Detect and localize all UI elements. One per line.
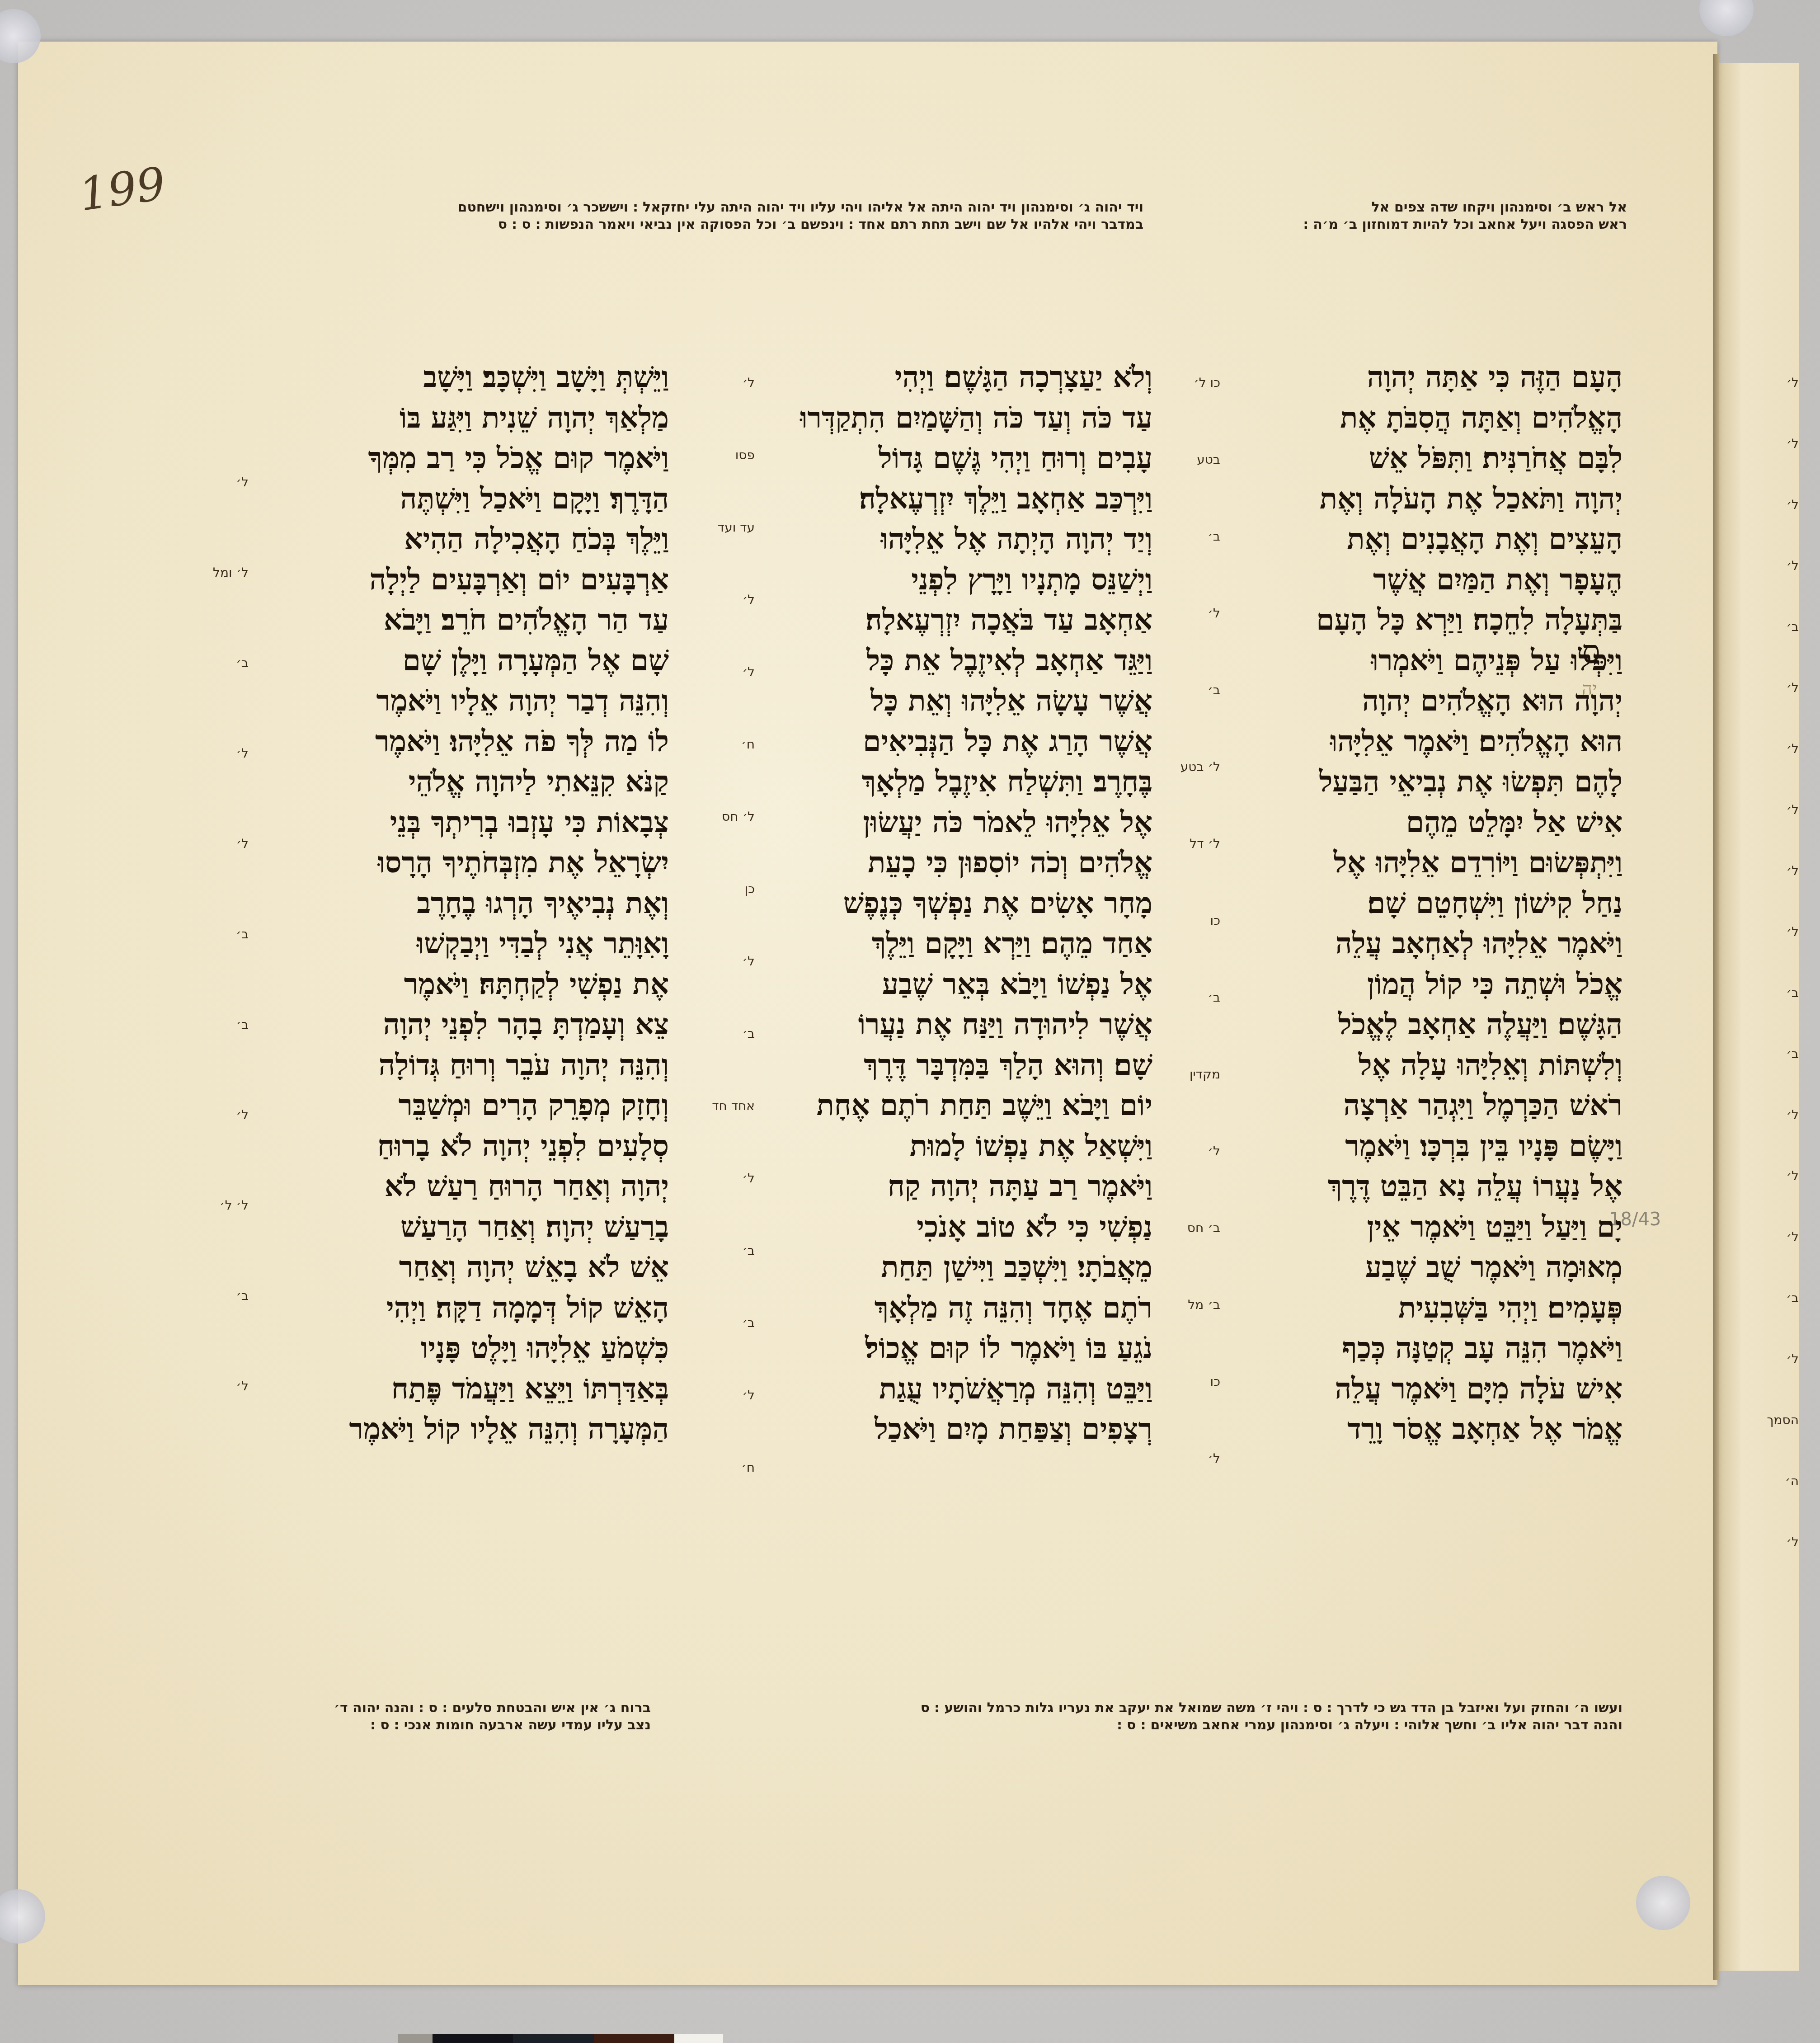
masorah-parva-note: ה׳ bbox=[1785, 1473, 1799, 1488]
gutter-fold bbox=[1713, 54, 1719, 1980]
masorah-parva-note: ל׳ bbox=[742, 1171, 755, 1186]
masorah-parva-note: ל׳ bbox=[1786, 924, 1799, 939]
masorah-parva-note: ל׳ bbox=[742, 592, 755, 607]
text-line: מַלְאַךְ יְהוָה שֵׁנִית וַיִּגַּע בּוֹ bbox=[289, 398, 669, 438]
masorah-parva-note: ל׳ bbox=[1786, 1229, 1799, 1244]
masorah-parva-note: ל׳ bbox=[1786, 802, 1799, 817]
masorah-line: ברוח ג׳ אין איש והבטחת סלעים ׃ ס ׃ והנה … bbox=[307, 1699, 651, 1717]
text-line: וַיַּגֵּד אַחְאָב לְאִיזֶבֶל אֵת כָּל bbox=[773, 640, 1152, 681]
text-line: יְהוָה הוּא הָאֱלֹהִים יְהוָה bbox=[1247, 681, 1622, 721]
masorah-parva-note: ב׳ bbox=[236, 1288, 249, 1303]
color-calibration-bar bbox=[398, 2034, 723, 2043]
masorah-parva-note: ל׳ bbox=[1786, 680, 1799, 695]
masorah-parva-note: ל׳ bbox=[1786, 497, 1799, 512]
text-line: עַד כֹּה וְעַד כֹּה וְהַשָּׁמַיִם הִתְקַ… bbox=[773, 398, 1152, 438]
masorah-parva-note: הסמך bbox=[1767, 1412, 1799, 1427]
masorah-parva-note: ל׳ bbox=[1786, 863, 1799, 878]
text-line: נַחַל קִישׁוֹן וַיִּשְׁחָטֵם שָׁם׃ bbox=[1247, 883, 1622, 924]
text-line: כִּשְׁמֹעַ אֵלִיָּהוּ וַיָּלֶט פָּנָיו bbox=[289, 1328, 669, 1369]
text-line: אַחַד מֵהֶם׃ וַיַּרְא וַיָּקָם וַיֵּלֶךְ bbox=[773, 923, 1152, 964]
text-line: וַיַּבֵּט וְהִנֵּה מְרַאֲשֹׁתָיו עֻגַת bbox=[773, 1369, 1152, 1409]
text-line: הָאֱלֹהִים וְאַתָּה הֲסִבֹּתָ אֶת bbox=[1247, 398, 1622, 438]
masorah-parva-note: כו bbox=[1210, 1374, 1220, 1389]
masorah-parva-note: ב׳ bbox=[236, 655, 249, 670]
masorah-parva-note: ל׳ bbox=[1786, 1168, 1799, 1183]
text-line: יְהוָה וְאַחַר הָרוּחַ רַעַשׁ לֹא bbox=[289, 1166, 669, 1207]
mount-clip-bottom-right bbox=[1636, 1876, 1690, 1930]
masorah-parva-note: ב׳ מל bbox=[1188, 1297, 1220, 1312]
masorah-parva-note: ל׳ bbox=[742, 1388, 755, 1403]
text-line: בָרַעַשׁ יְהוָה׃ וְאַחַר הָרַעַשׁ bbox=[289, 1207, 669, 1247]
text-line: נַפְשִׁי כִּי לֹא טוֹב אָנֹכִי bbox=[773, 1207, 1152, 1247]
masorah-parva-note: ל׳ bbox=[1786, 558, 1799, 573]
text-line: סְלָעִים לִפְנֵי יְהוָה לֹא בָרוּחַ bbox=[289, 1126, 669, 1167]
masorah-line: אל ראש ב׳ וסימנהון ויקחו שדה צפים אל bbox=[1247, 199, 1627, 216]
masorah-top-left: ויד יהוה ג׳ וסימנהון ויד יהוה היתה אל אל… bbox=[307, 199, 1143, 233]
text-line: אֶת נַפְשִׁי לְקַחְתָּהּ׃ וַיֹּאמֶר bbox=[289, 964, 669, 1005]
text-line: וְחָזָק מְפָרֵק הָרִים וּמְשַׁבֵּר bbox=[289, 1085, 669, 1126]
masorah-parva-note: ח׳ bbox=[741, 737, 755, 752]
text-line: הַגָּשֶׁם׃ וַיַּעֲלֶה אַחְאָב לֶאֱכֹל bbox=[1247, 1004, 1622, 1045]
color-swatch bbox=[433, 2034, 513, 2043]
masorah-parva-note: ל׳ bbox=[1786, 1535, 1799, 1549]
text-line: רְצָפִים וְצַפַּחַת מָיִם וַיֹּאכַל bbox=[773, 1409, 1152, 1450]
text-line: הֶעָפָר וְאֶת הַמַּיִם אֲשֶׁר bbox=[1247, 560, 1622, 600]
text-line: אֱכֹל וּשְׁתֵה כִּי קוֹל הֲמוֹן bbox=[1247, 964, 1622, 1005]
masorah-parva-note: ב׳ חס bbox=[1187, 1220, 1220, 1235]
masorah-parva-note: ל׳ bbox=[1786, 1351, 1799, 1366]
seder-marker-sub: יה bbox=[1582, 678, 1597, 699]
masorah-line: ויד יהוה ג׳ וסימנהון ויד יהוה היתה אל אל… bbox=[307, 199, 1143, 216]
masorah-parva-note: ל׳ bbox=[236, 475, 249, 490]
masorah-parva-note: עד ועד bbox=[718, 520, 755, 535]
masorah-parva-note: ל׳ ומל bbox=[213, 565, 249, 580]
masorah-parva-note: ב׳ bbox=[742, 1243, 755, 1258]
text-line: אֲשֶׁר עָשָׂה אֵלִיָּהוּ וְאֵת כָּל bbox=[773, 681, 1152, 721]
text-line: אֶל נַעֲרוֹ עֲלֵה נָא הַבֵּט דֶּרֶךְ bbox=[1247, 1166, 1622, 1207]
text-line: וַיָּשֶׂם פָּנָיו בֵּין בִּרְכָּו׃ וַיֹּ… bbox=[1247, 1126, 1622, 1167]
text-line: הַמְּעָרָה וְהִנֵּה אֵלָיו קוֹל וַיֹּאמֶ… bbox=[289, 1409, 669, 1450]
text-line: הָאֵשׁ קוֹל דְּמָמָה דַקָּה׃ וַיְהִי bbox=[289, 1288, 669, 1328]
masorah-parva-note: ל׳ bbox=[1786, 741, 1799, 756]
text-line: שָׁם׃ וְהוּא הָלַךְ בַּמִּדְבָּר דֶּרֶךְ bbox=[773, 1045, 1152, 1086]
text-line: וַיֵּלֶךְ בְּכֹחַ הָאֲכִילָה הַהִיא bbox=[289, 519, 669, 560]
masorah-parva-note: ב׳ bbox=[1208, 529, 1220, 544]
text-line: אֵשׁ לֹא בָאֵשׁ יְהוָה וְאַחַר bbox=[289, 1247, 669, 1288]
text-line: אִישׁ עֹלָה מִיָּם וַיֹּאמֶר עֲלֵה bbox=[1247, 1369, 1622, 1409]
text-line: קַנֹּא קִנֵּאתִי לַיהוָה אֱלֹהֵי bbox=[289, 762, 669, 802]
masorah-line: ועשו ה׳ והחזק ועל ואיזבל בן הדד גש כי לד… bbox=[795, 1699, 1622, 1717]
masorah-parva-note: ב׳ bbox=[236, 1017, 249, 1032]
text-line: לָהֶם תִּפְשׂוּ אֶת נְבִיאֵי הַבַּעַל bbox=[1247, 762, 1622, 802]
masorah-parva-note: ב׳ bbox=[1208, 990, 1220, 1005]
masorah-parva-right-middle: כו ל׳בטעב׳ל׳ב׳ל׳ בטעל׳ דלכוב׳מקדיןל׳ב׳ ח… bbox=[1157, 375, 1220, 1550]
text-line: וְהִנֵּה דְבַר יְהוָה אֵלָיו וַיֹּאמֶר bbox=[289, 681, 669, 721]
text-column-right: הָעָם הַזֶּה כִּי אַתָּה יְהוָההָאֱלֹהִי… bbox=[1247, 357, 1622, 1450]
text-line: וַיִּפְּלוּ עַל פְּנֵיהֶם וַיֹּאמְרוּ bbox=[1247, 640, 1622, 681]
text-line: עָבִים וְרוּחַ וַיְהִי גֶּשֶׁם גָּדוֹל bbox=[773, 438, 1152, 479]
text-line: לִבָּם אֲחֹרַנִּית׃ וַתִּפֹּל אֵשׁ bbox=[1247, 438, 1622, 479]
text-line: וַיִּתְפְּשׂוּם וַיּוֹרִדֵם אֵלִיָּהוּ א… bbox=[1247, 843, 1622, 883]
masorah-parva-note: ל׳ בטע bbox=[1180, 759, 1220, 774]
text-line: אַחְאָב עַד בֹּאֲכָה יִזְרְעֶאלָה׃ bbox=[773, 600, 1152, 640]
masorah-parva-note: ב׳ bbox=[1786, 619, 1799, 634]
text-line: יָם וַיַּעַל וַיַּבֵּט וַיֹּאמֶר אֵין bbox=[1247, 1207, 1622, 1247]
masorah-parva-note: ל׳ bbox=[1208, 606, 1220, 621]
text-line: וְיַד יְהוָה הָיְתָה אֶל אֵלִיָּהוּ bbox=[773, 519, 1152, 560]
text-line: יוֹם וַיָּבֹא וַיֵּשֶׁב תַּחַת רֹתֶם אֶח… bbox=[773, 1085, 1152, 1126]
color-swatch bbox=[674, 2034, 723, 2043]
text-line: אֲשֶׁר לִיהוּדָה וַיַּנַּח אֶת נַעֲרוֹ bbox=[773, 1004, 1152, 1045]
text-line: בַּתְּעָלָה לִחֵכָה׃ וַיַּרְא כָּל הָעָם bbox=[1247, 600, 1622, 640]
text-line: וַיִּשְׁאַל אֶת נַפְשׁוֹ לָמוּת bbox=[773, 1126, 1152, 1167]
masorah-parva-note: ל׳ bbox=[236, 836, 249, 851]
masorah-parva-note: ב׳ bbox=[1786, 985, 1799, 1000]
text-line: בֶּחָרֶב׃ וַתִּשְׁלַח אִיזֶבֶל מַלְאָךְ bbox=[773, 762, 1152, 802]
masorah-parva-note: ל׳ bbox=[1786, 375, 1799, 390]
masorah-parva-note: ל׳ דל bbox=[1190, 836, 1220, 851]
text-column-middle: וְלֹא יַעַצָרְכָה הַגָּשֶׁם׃ וַיְהִיעַד … bbox=[773, 357, 1152, 1450]
masorah-parva-note: ב׳ bbox=[742, 1315, 755, 1330]
masorah-parva-note: ל׳ bbox=[742, 954, 755, 969]
masorah-parva-note: ל׳ חס bbox=[722, 809, 755, 824]
masorah-parva-note: ל׳ bbox=[236, 1107, 249, 1122]
text-line: צְבָאוֹת כִּי עָזְבוּ בְרִיתְךָ בְּנֵי bbox=[289, 802, 669, 843]
text-line: וְלִשְׁתּוֹת וְאֵלִיָּהוּ עָלָה אֶל bbox=[1247, 1045, 1622, 1086]
masorah-parva-note: מקדין bbox=[1190, 1067, 1220, 1082]
masorah-bottom-right: ועשו ה׳ והחזק ועל ואיזבל בן הדד גש כי לד… bbox=[795, 1699, 1622, 1734]
masorah-parva-note: ל׳ ל׳ bbox=[220, 1198, 249, 1213]
text-line: הַדָּרֶךְ׃ וַיָּקָם וַיֹּאכַל וַיִּשְׁתֶ… bbox=[289, 479, 669, 519]
masorah-parva-left-outer: ל׳ל׳ ומלב׳ל׳ל׳ב׳ב׳ל׳ל׳ ל׳ב׳ל׳ bbox=[194, 475, 249, 1469]
masorah-parva-note: בטע bbox=[1197, 452, 1220, 467]
masorah-line: והנה דבר יהוה אליו ב׳ וחשך אלוהי ׃ ויעלה… bbox=[795, 1717, 1622, 1734]
masorah-line: נצב עליו עמדי עשה ארבעה חומות אנכי ׃ ס ׃ bbox=[307, 1717, 651, 1734]
text-line: בְּאַדַּרְתּוֹ וַיֵּצֵא וַיַּעֲמֹד פֶּתַ… bbox=[289, 1369, 669, 1409]
text-line: אֶל נַפְשׁוֹ וַיָּבֹא בְּאֵר שֶׁבַע bbox=[773, 964, 1152, 1005]
text-line: שָׁם אֶל הַמְּעָרָה וַיָּלֶן שָׁם bbox=[289, 640, 669, 681]
masorah-parva-note: אחד חד bbox=[712, 1098, 755, 1113]
text-line: וְאֶת נְבִיאֶיךָ הָרְגוּ בֶחָרֶב bbox=[289, 883, 669, 924]
text-line: וַיֹּאמֶר רַב עַתָּה יְהוָה קַח bbox=[773, 1166, 1152, 1207]
text-line: וָאִוָּתֵר אֲנִי לְבַדִּי וַיְבַקְשׁוּ bbox=[289, 923, 669, 964]
masorah-parva-note: ב׳ bbox=[236, 927, 249, 941]
masorah-parva-note: ל׳ bbox=[742, 375, 755, 390]
masorah-parva-note: ב׳ bbox=[1786, 1290, 1799, 1305]
text-line: וַיֵּשְׁתְּ וַיָּשָׁב וַיִּשְׁכָּב׃ וַיָ… bbox=[289, 357, 669, 398]
color-swatch bbox=[398, 2034, 433, 2043]
text-line: עַד הַר הָאֱלֹהִים חֹרֵב׃ וַיָּבֹא bbox=[289, 600, 669, 640]
masorah-parva-note: כו ל׳ bbox=[1194, 375, 1220, 390]
text-line: אֱלֹהִים וְכֹה יוֹסִפוּן כִּי כָעֵת bbox=[773, 843, 1152, 883]
masorah-parva-note: פסו bbox=[735, 447, 755, 462]
text-line: אִישׁ אַל יִמָּלֵט מֵהֶם bbox=[1247, 802, 1622, 843]
color-swatch bbox=[513, 2034, 593, 2043]
text-line: וְהִנֵּה יְהוָה עֹבֵר וְרוּחַ גְּדוֹלָה bbox=[289, 1045, 669, 1086]
text-line: וַיֹּאמֶר אֵלִיָּהוּ לְאַחְאָב עֲלֵה bbox=[1247, 923, 1622, 964]
text-line: יִשְׂרָאֵל אֶת מִזְבְּחֹתֶיךָ הָרָסוּ bbox=[289, 843, 669, 883]
masorah-line: במדבר ויהי אלהיו אל שם וישב תחת רתם אחד … bbox=[307, 216, 1143, 233]
masorah-line: ראש הפסגה ויעל אחאב וכל להיות דמוחזון ב׳… bbox=[1247, 216, 1627, 233]
text-line: יְהוָה וַתֹּאכַל אֶת הָעֹלָה וְאֶת bbox=[1247, 479, 1622, 519]
text-line: וַיֹּאמֶר הִנֵּה עָב קְטַנָּה כְּכַף bbox=[1247, 1328, 1622, 1369]
text-line: הוּא הָאֱלֹהִים׃ וַיֹּאמֶר אֵלִיָּהוּ bbox=[1247, 721, 1622, 762]
text-line: מָחָר אָשִׂים אֶת נַפְשְׁךָ כְּנֶפֶשׁ bbox=[773, 883, 1152, 924]
text-line: לוֹ מַה לְּךָ פֹה אֵלִיָּהוּ׃ וַיֹּאמֶר bbox=[289, 721, 669, 762]
masorah-parva-note: ח׳ bbox=[741, 1460, 755, 1475]
masorah-parva-note: ל׳ bbox=[1208, 1144, 1220, 1158]
text-line: אֱמֹר אֶל אַחְאָב אֱסֹר וָרֵד bbox=[1247, 1409, 1622, 1450]
color-swatch bbox=[594, 2034, 674, 2043]
text-line: אֲשֶׁר הָרַג אֶת כָּל הַנְּבִיאִים bbox=[773, 721, 1152, 762]
text-line: רֹתֶם אֶחָד וְהִנֵּה זֶה מַלְאָךְ bbox=[773, 1288, 1152, 1328]
masorah-parva-right-outer: ל׳ל׳ל׳ל׳ב׳ל׳ל׳ל׳ל׳ל׳ב׳ב׳ל׳ל׳ל׳ב׳ל׳הסמךה׳… bbox=[1763, 375, 1799, 1596]
text-line: מֵאֲבֹתָי׃ וַיִּשְׁכַּב וַיִּישַׁן תַּחַ… bbox=[773, 1247, 1152, 1288]
masorah-parva-note: ב׳ bbox=[742, 1026, 755, 1041]
masorah-parva-note: ב׳ bbox=[1786, 1046, 1799, 1061]
masorah-bottom-left: ברוח ג׳ אין איש והבטחת סלעים ׃ ס ׃ והנה … bbox=[307, 1699, 651, 1734]
text-line: מְאוּמָה וַיֹּאמֶר שֻׁב שֶׁבַע bbox=[1247, 1247, 1622, 1288]
text-line: הָעָם הַזֶּה כִּי אַתָּה יְהוָה bbox=[1247, 357, 1622, 398]
seder-marker: ס bbox=[1582, 633, 1600, 671]
masorah-parva-note: ל׳ bbox=[742, 664, 755, 679]
text-line: הָעֵצִים וְאֶת הָאֲבָנִים וְאֶת bbox=[1247, 519, 1622, 560]
text-line: וַיְשַׁנֵּס מָתְנָיו וַיָּרָץ לִפְנֵי bbox=[773, 560, 1152, 600]
text-column-left: וַיֵּשְׁתְּ וַיָּשָׁב וַיִּשְׁכָּב׃ וַיָ… bbox=[289, 357, 669, 1450]
masorah-parva-note: ל׳ bbox=[1786, 436, 1799, 451]
text-line: פְּעָמִים׃ וַיְהִי בַּשְּׁבִעִית bbox=[1247, 1288, 1622, 1328]
text-line: אַרְבָּעִים יוֹם וְאַרְבָּעִים לַיְלָה bbox=[289, 560, 669, 600]
text-line: וַיֹּאמֶר קוּם אֱכֹל כִּי רַב מִמְּךָ bbox=[289, 438, 669, 479]
text-line: אֶל אֵלִיָּהוּ לֵאמֹר כֹּה יַעֲשׂוּן bbox=[773, 802, 1152, 843]
masorah-parva-note: ב׳ bbox=[1208, 683, 1220, 697]
masorah-top-right: אל ראש ב׳ וסימנהון ויקחו שדה צפים אל ראש… bbox=[1247, 199, 1627, 233]
masorah-parva-note: ל׳ bbox=[236, 746, 249, 761]
text-line: נֹגֵעַ בּוֹ וַיֹּאמֶר לוֹ קוּם אֱכוֹל׃ bbox=[773, 1328, 1152, 1369]
text-line: צֵא וְעָמַדְתָּ בָהָר לִפְנֵי יְהוָה bbox=[289, 1004, 669, 1045]
text-line: רֹאשׁ הַכַּרְמֶל וַיִּגְהַר אַרְצָה bbox=[1247, 1085, 1622, 1126]
masorah-parva-note: ל׳ bbox=[236, 1379, 249, 1393]
masorah-parva-note: ל׳ bbox=[1208, 1451, 1220, 1466]
text-line: וַיִּרְכַּב אַחְאָב וַיֵּלֶךְ יִזְרְעֶאל… bbox=[773, 479, 1152, 519]
text-line: וְלֹא יַעַצָרְכָה הַגָּשֶׁם׃ וַיְהִי bbox=[773, 357, 1152, 398]
masorah-parva-note: כו bbox=[1210, 913, 1220, 928]
masorah-parva-note: ל׳ bbox=[1786, 1107, 1799, 1122]
masorah-parva-note: כן bbox=[745, 881, 755, 896]
masorah-parva-middle-left: ל׳פסועד ועדל׳ל׳ח׳ל׳ חסכןל׳ב׳אחד חדל׳ב׳ב׳… bbox=[691, 375, 755, 1550]
